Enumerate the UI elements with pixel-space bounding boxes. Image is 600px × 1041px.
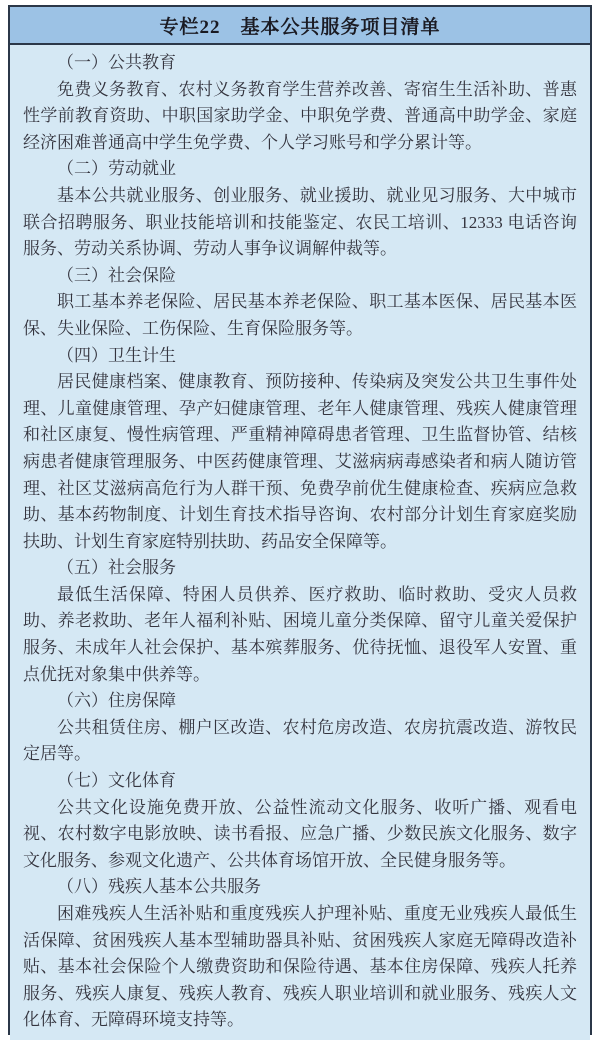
section-paragraph: 困难残疾人生活补贴和重度残疾人护理补贴、重度无业残疾人最低生活保障、贫困残疾人基…	[23, 901, 577, 1034]
section-employment: （二）劳动就业 基本公共就业服务、创业服务、就业援助、就业见习服务、大中城市联合…	[23, 156, 577, 262]
section-paragraph: 基本公共就业服务、创业服务、就业援助、就业见习服务、大中城市联合招聘服务、职业技…	[23, 183, 577, 263]
section-heading: （二）劳动就业	[23, 156, 577, 183]
section-paragraph: 职工基本养老保险、居民基本养老保险、职工基本医保、居民基本医保、失业保险、工伤保…	[23, 289, 577, 342]
panel-title: 专栏22 基本公共服务项目清单	[10, 7, 590, 45]
section-heading: （七）文化体育	[23, 768, 577, 795]
section-disabled-services: （八）残疾人基本公共服务 困难残疾人生活补贴和重度残疾人护理补贴、重度无业残疾人…	[23, 874, 577, 1034]
section-social-services: （五）社会服务 最低生活保障、特困人员供养、医疗救助、临时救助、受灾人员救助、养…	[23, 555, 577, 688]
section-heading: （四）卫生计生	[23, 343, 577, 370]
section-heading: （五）社会服务	[23, 555, 577, 582]
section-paragraph: 免费义务教育、农村义务教育学生营养改善、寄宿生生活补助、普惠性学前教育资助、中职…	[23, 77, 577, 157]
section-paragraph: 最低生活保障、特困人员供养、医疗救助、临时救助、受灾人员救助、养老救助、老年人福…	[23, 582, 577, 688]
section-social-insurance: （三）社会保险 职工基本养老保险、居民基本养老保险、职工基本医保、居民基本医保、…	[23, 263, 577, 343]
section-public-education: （一）公共教育 免费义务教育、农村义务教育学生营养改善、寄宿生生活补助、普惠性学…	[23, 50, 577, 156]
section-culture-sports: （七）文化体育 公共文化设施免费开放、公益性流动文化服务、收听广播、观看电视、农…	[23, 768, 577, 874]
section-paragraph: 公共文化设施免费开放、公益性流动文化服务、收听广播、观看电视、农村数字电影放映、…	[23, 795, 577, 875]
section-heading: （六）住房保障	[23, 688, 577, 715]
section-housing-security: （六）住房保障 公共租赁住房、棚户区改造、农村危房改造、农房抗震改造、游牧民定居…	[23, 688, 577, 768]
section-heading: （一）公共教育	[23, 50, 577, 77]
section-paragraph: 公共租赁住房、棚户区改造、农村危房改造、农房抗震改造、游牧民定居等。	[23, 715, 577, 768]
service-list-panel: 专栏22 基本公共服务项目清单 （一）公共教育 免费义务教育、农村义务教育学生营…	[8, 5, 592, 1035]
section-health-family-planning: （四）卫生计生 居民健康档案、健康教育、预防接种、传染病及突发公共卫生事件处理、…	[23, 343, 577, 556]
section-heading: （三）社会保险	[23, 263, 577, 290]
section-heading: （八）残疾人基本公共服务	[23, 874, 577, 901]
panel-body: （一）公共教育 免费义务教育、农村义务教育学生营养改善、寄宿生生活补助、普惠性学…	[10, 45, 590, 1040]
section-paragraph: 居民健康档案、健康教育、预防接种、传染病及突发公共卫生事件处理、儿童健康管理、孕…	[23, 369, 577, 555]
